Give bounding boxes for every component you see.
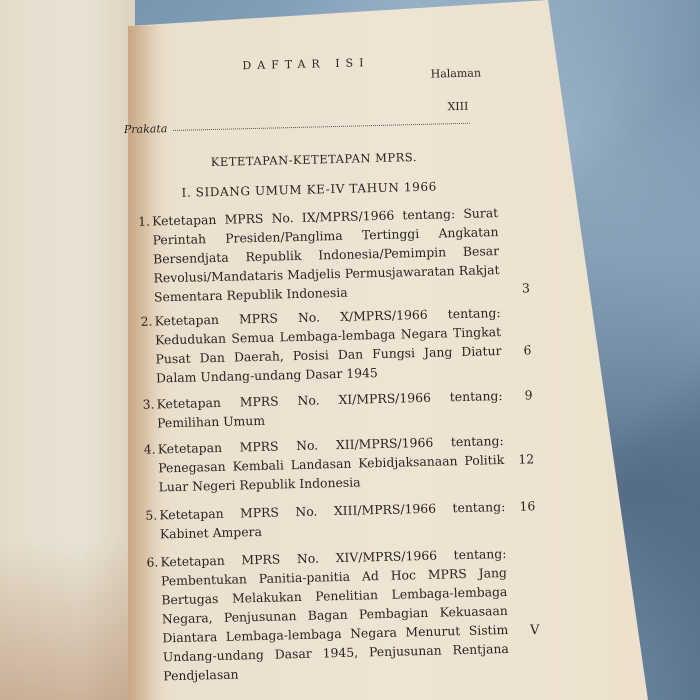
toc-entry: 6. Ketetapan MPRS No. XIV/MPRS/1966 tent… xyxy=(146,544,509,686)
preface-label: Prakata xyxy=(124,122,168,136)
entry-number: 4. xyxy=(144,439,156,458)
entry-page: 16 xyxy=(519,496,535,515)
entry-page: 6 xyxy=(523,340,531,359)
entry-page: 12 xyxy=(518,449,534,468)
preface-page: XIII xyxy=(447,100,468,114)
entry-number: 2. xyxy=(140,312,152,331)
toc-entry: 2. Ketetapan MPRS No. X/MPRS/1966 tentan… xyxy=(140,303,502,388)
page-number: V xyxy=(530,623,539,638)
entry-text: Ketetapan MPRS No. X/MPRS/1966 tentang: … xyxy=(154,303,502,387)
toc-entry: 4. Ketetapan MPRS No. XII/MPRS/1966 tent… xyxy=(144,431,505,497)
entry-page: 9 xyxy=(524,385,532,404)
page-column-label: Halaman xyxy=(431,66,482,80)
left-page xyxy=(0,0,135,700)
entry-text: Ketetapan MPRS No. XII/MPRS/1966 tentang… xyxy=(158,431,505,496)
entry-page: 3 xyxy=(522,278,530,297)
entry-number: 5. xyxy=(145,505,157,524)
entry-number: 6. xyxy=(146,552,158,571)
toc-entry: 1. Ketetapan MPRS No. IX/MPRS/1966 tenta… xyxy=(138,203,500,307)
entry-text: Ketetapan MPRS No. IX/MPRS/1966 tentang:… xyxy=(152,203,500,306)
entry-text: Ketetapan MPRS No. XIV/MPRS/1966 tentang… xyxy=(160,544,509,685)
entry-number: 1. xyxy=(138,212,150,231)
entry-number: 3. xyxy=(142,395,154,414)
